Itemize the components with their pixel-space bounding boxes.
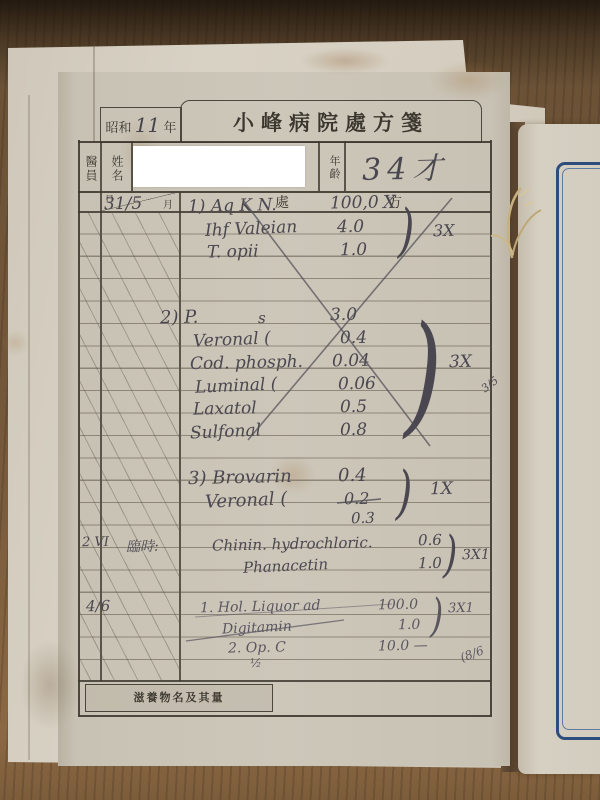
drug-name: Sulfonal <box>190 420 262 443</box>
cancel-mark: X <box>383 192 396 213</box>
drug-name: 3) Brovarin <box>188 466 292 489</box>
drug-name: Digitamin <box>222 618 293 637</box>
drug-name: Ihf Valeian <box>205 217 298 241</box>
drug-qty: 1.0 <box>340 240 367 261</box>
stain <box>0 330 30 356</box>
month-label: 月 <box>163 196 173 211</box>
staff-label: 醫員 <box>80 147 100 191</box>
stain <box>430 60 510 100</box>
dose-brace: ) <box>443 533 458 576</box>
name-redaction-box <box>133 146 305 187</box>
drug-name: Chinin. hydrochloric. <box>212 533 373 554</box>
identity-row-top-line <box>78 141 491 143</box>
drug-name: Veronal ( <box>193 328 272 351</box>
drug-qty-corrected: 0.3 <box>351 509 375 527</box>
dose-mark: 3X <box>433 221 455 240</box>
rx-label: 臨時: <box>126 536 159 557</box>
era-year-box: 昭和 11 年 <box>100 107 182 143</box>
right-page-inner-border <box>562 168 600 730</box>
rx-header-left: 處 <box>275 192 289 212</box>
name-label: 姓名 <box>106 147 126 191</box>
age-value-line <box>344 141 346 191</box>
drug-qty: 0.04 <box>332 351 370 372</box>
drug-qty: 100,0 <box>330 192 379 213</box>
form-border-bottom <box>78 715 492 717</box>
stain <box>300 48 390 74</box>
drug-qty: 0.6 <box>418 531 442 549</box>
footer-top-line <box>78 680 491 682</box>
footer-label-box: 滋養物名及其量 <box>85 684 273 712</box>
drug-qty: 0.5 <box>340 397 367 418</box>
dose-mark: 3X1 <box>448 601 474 617</box>
drug-name: Phanacetin <box>243 555 329 577</box>
hospital-title-box: 小峰病院處方箋 <box>180 100 482 143</box>
rx-date: 31/5 <box>104 194 143 215</box>
drug-qty: 1.0 <box>418 554 442 572</box>
dose-mark: 1X <box>430 479 453 499</box>
dose-brace: ) <box>398 206 415 256</box>
footer-label: 滋養物名及其量 <box>134 692 225 704</box>
rx-date: 2 VI <box>82 535 109 551</box>
drug-name: Veronal ( <box>205 488 288 513</box>
drug-name: Luminal ( <box>195 374 278 398</box>
era-suffix: 年 <box>163 120 176 135</box>
drug-qty: 4.0 <box>337 217 364 238</box>
drug-sub: s <box>258 309 266 327</box>
drug-name: T. opii <box>207 241 259 262</box>
fraction-mark: ½ <box>250 656 262 670</box>
dose-brace: ) <box>404 318 443 432</box>
drug-qty: 10.0 — <box>378 637 428 654</box>
drug-name: Laxatol <box>193 398 257 419</box>
photo-of-prescription: 昭和 11 年 小峰病院處方箋 醫員 姓名 年齡 34才 日 月 處 方 滋養物… <box>0 0 600 800</box>
dose-mark: 3X1 <box>462 547 490 564</box>
dose-brace: ) <box>396 468 413 518</box>
age-value: 34才 <box>362 143 449 189</box>
dose-brace: ) <box>430 596 444 636</box>
drug-qty: 1.0 <box>398 617 421 633</box>
hospital-title: 小峰病院處方箋 <box>233 111 429 135</box>
drug-name: 1. Hol. Liquor ad <box>200 598 321 617</box>
drug-qty: 100.0 <box>378 597 418 614</box>
rx-date: 4/6 <box>86 597 111 616</box>
drug-qty-struck: 0.2 <box>344 489 370 509</box>
page-edge-line <box>28 95 30 760</box>
age-col-line <box>318 141 320 191</box>
era-prefix: 昭和 <box>106 120 132 135</box>
era-year-handwritten: 11 <box>135 113 160 137</box>
drug-name: 1) Aq K N. <box>188 195 277 217</box>
dose-mark: 3X <box>449 352 472 372</box>
drug-qty: 0.06 <box>338 374 376 395</box>
drug-name: 2) P. <box>160 307 199 329</box>
drug-qty: 0.4 <box>338 465 367 487</box>
drug-name: 2. Op. C <box>228 639 286 656</box>
drug-name: Cod. phosph. <box>190 352 303 374</box>
drug-qty: 0.8 <box>340 420 367 441</box>
cover-crease <box>93 42 95 142</box>
drug-qty: 3.0 <box>330 305 357 326</box>
age-label: 年齡 <box>322 146 342 190</box>
drug-qty: 0.4 <box>340 328 367 349</box>
